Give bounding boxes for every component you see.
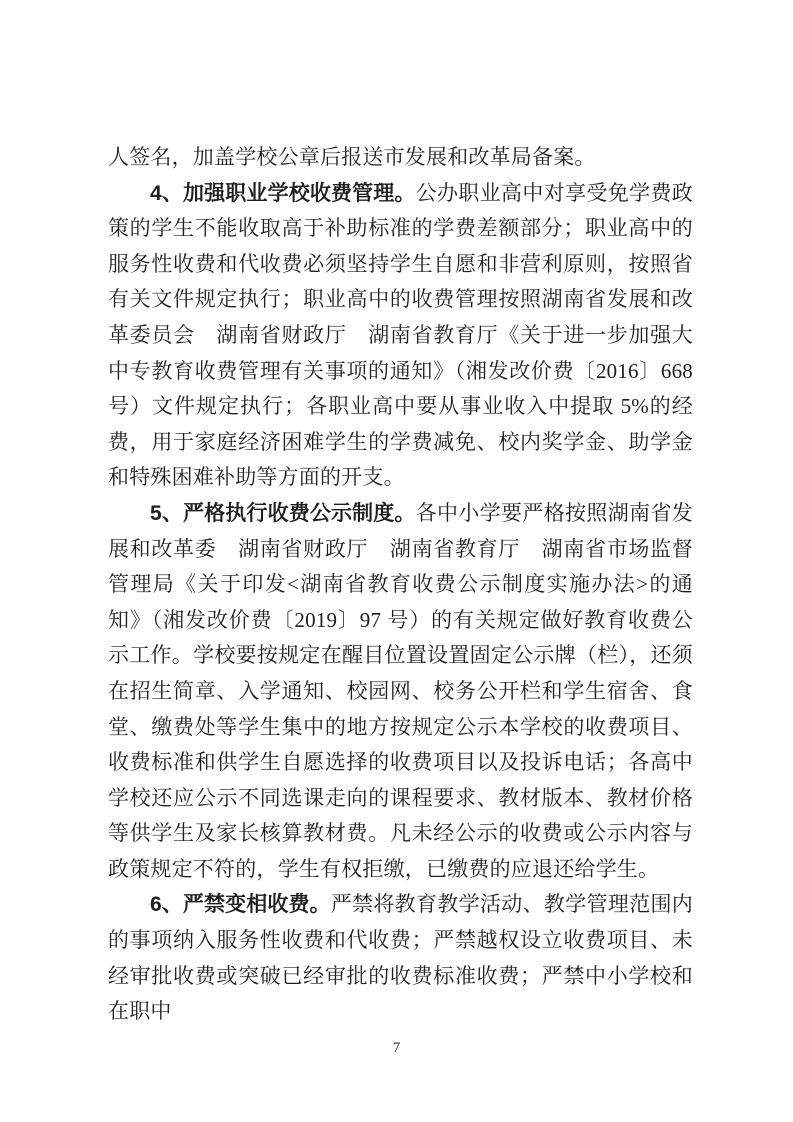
- paragraph-heading: 4、加强职业学校收费管理。: [150, 182, 416, 205]
- document-page: 人签名，加盖学校公章后报送市发展和改革局备案。 4、加强职业学校收费管理。公办职…: [0, 0, 793, 1122]
- paragraph-text: 各中小学要严格按照湖南省发展和改革委 湖南省财政厅 湖南省教育厅 湖南省市场监督…: [108, 501, 693, 881]
- paragraph-continuation: 人签名，加盖学校公章后报送市发展和改革局备案。: [108, 140, 693, 176]
- paragraph-item-5: 5、严格执行收费公示制度。各中小学要严格按照湖南省发展和改革委 湖南省财政厅 湖…: [108, 496, 693, 888]
- paragraph-heading: 5、严格执行收费公示制度。: [150, 502, 416, 525]
- paragraph-heading: 6、严禁变相收费。: [150, 893, 331, 916]
- paragraph-text: 人签名，加盖学校公章后报送市发展和改革局备案。: [108, 145, 596, 169]
- paragraph-item-4: 4、加强职业学校收费管理。公办职业高中对享受免学费政策的学生不能收取高于补助标准…: [108, 176, 693, 496]
- page-number: 7: [0, 1040, 793, 1057]
- paragraph-item-6: 6、严禁变相收费。严禁将教育教学活动、教学管理范围内的事项纳入服务性收费和代收费…: [108, 887, 693, 1029]
- paragraph-text: 公办职业高中对享受免学费政策的学生不能收取高于补助标准的学费差额部分；职业高中的…: [108, 181, 693, 490]
- document-body: 人签名，加盖学校公章后报送市发展和改革局备案。 4、加强职业学校收费管理。公办职…: [108, 140, 693, 1030]
